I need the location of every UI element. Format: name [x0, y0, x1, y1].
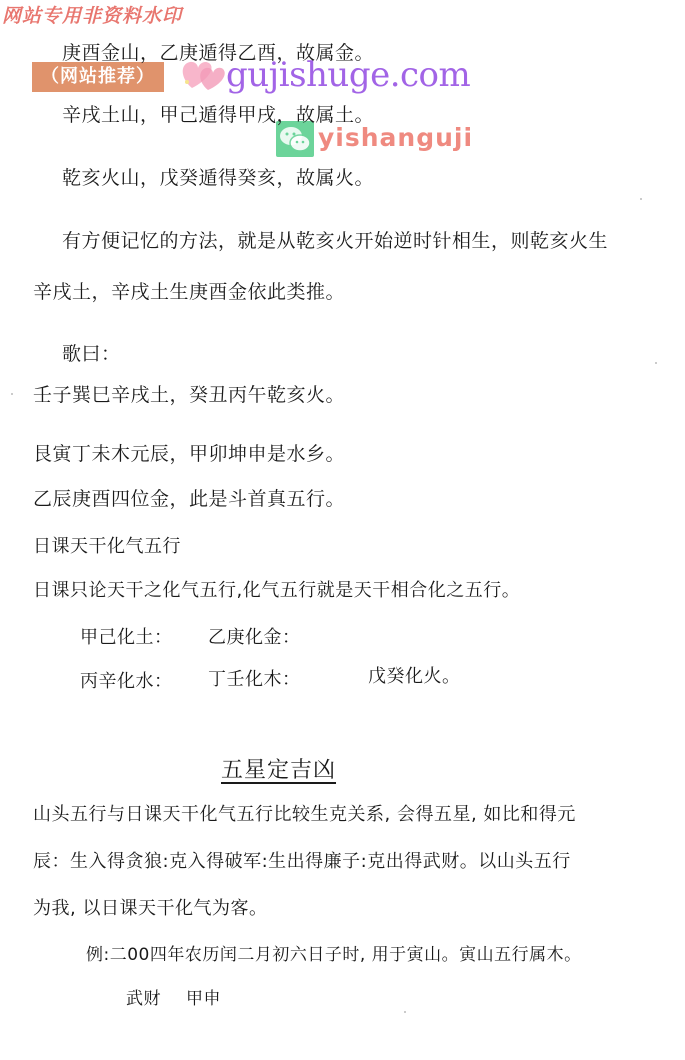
text-line-geng-you: 庚酉金山，乙庚遁得乙酉，故属金。: [62, 41, 374, 65]
example-line: 例:二00四年农历闰二月初六日子时, 用于寅山。寅山五行属木。: [86, 943, 582, 967]
text-line-memory-method: 有方便记忆的方法，就是从乾亥火开始逆时针相生，则乾亥火生: [62, 229, 608, 253]
watermark-badge: （网站推荐）: [32, 62, 164, 92]
scan-speck: [655, 362, 657, 364]
watermark-top-left: 网站专用非资料水印: [2, 1, 182, 28]
example-stem-branch: 甲申: [186, 987, 221, 1011]
text-line-song-3: 乙辰庚酉四位金，此是斗首真五行。: [33, 487, 345, 511]
text-line-xin-xu: 辛戌土山，甲己遁得甲戌，故属土。: [62, 103, 374, 127]
subheading-daily-stems: 日课天干化气五行: [33, 535, 181, 559]
text-line-qian-hai: 乾亥火山，戊癸遁得癸亥，故属火。: [62, 166, 374, 190]
section-line-3: 为我, 以日课天干化气为客。: [33, 897, 267, 921]
section-heading: 五星定吉凶: [221, 757, 336, 785]
transform-wu-gui: 戊癸化火。: [368, 665, 461, 689]
text-line-song-intro: 歌曰：: [62, 342, 121, 366]
transform-yi-geng: 乙庚化金：: [208, 626, 301, 650]
scan-speck: [404, 1011, 406, 1013]
scan-speck: [11, 393, 13, 395]
example-star: 武财: [126, 987, 161, 1011]
section-line-1: 山头五行与日课天干化气五行比较生克关系, 会得五星, 如比和得元: [33, 803, 576, 827]
text-line-song-1: 壬子巽巳辛戌土，癸丑丙午乾亥火。: [33, 383, 345, 407]
text-line-daily-stems: 日课只论天干之化气五行,化气五行就是天干相合化之五行。: [33, 579, 520, 603]
transform-jia-ji: 甲己化土：: [80, 626, 173, 650]
transform-ding-ren: 丁壬化木：: [208, 668, 301, 692]
text-line-memory-method-cont: 辛戌土，辛戌土生庚酉金依此类推。: [33, 280, 345, 304]
text-line-song-2: 艮寅丁未木元辰，甲卯坤申是水乡。: [33, 442, 345, 466]
section-line-2: 辰：生入得贪狼:克入得破军:生出得廉子:克出得武财。以山头五行: [33, 850, 571, 874]
scan-speck: [640, 198, 642, 200]
transform-bing-xin: 丙辛化水：: [80, 670, 173, 694]
